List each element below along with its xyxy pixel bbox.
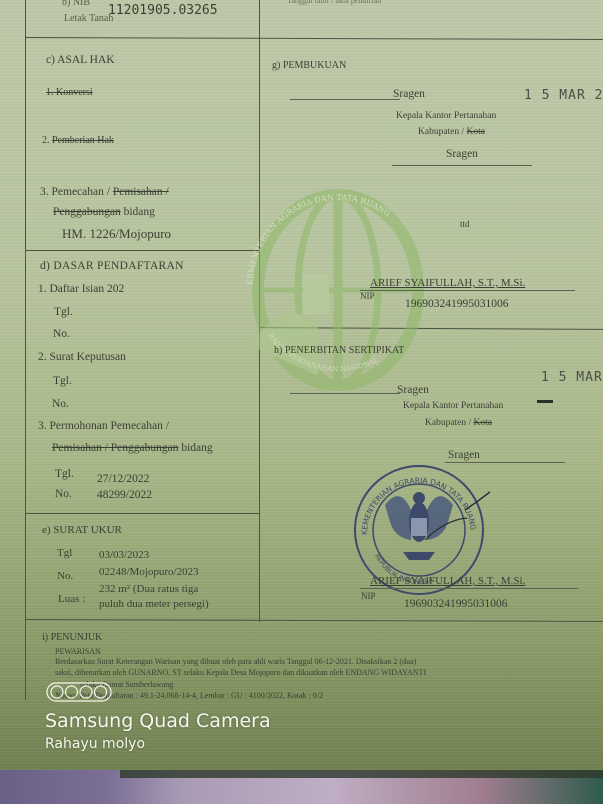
- penerbitan-sertipikat-title: h) PENERBITAN SERTIPIKAT: [274, 345, 404, 356]
- permohonan-no-label: No.: [55, 488, 72, 500]
- penerbitan-city: Sragen: [397, 384, 429, 396]
- pemisahan-penggabungan-struck: Pemisahan / Penggabungan: [52, 442, 178, 454]
- pembukuan-sign-line: [360, 290, 575, 291]
- penerbitan-handwritten-mark: [537, 400, 553, 403]
- surat-ukur-no-value: 02248/Mojopuro/2023: [99, 566, 199, 578]
- pembukuan-official-name: ARIEF SYAIFULLAH, S.T., M.Si.: [370, 277, 525, 289]
- penggabungan-struck: Penggabungan: [53, 206, 121, 218]
- permohonan-pemisahan-line: Pemisahan / Penggabungan bidang: [52, 442, 213, 454]
- penerbitan-date-stamp: 1 5 MAR 2: [541, 370, 603, 385]
- daftar-isian-label: 1. Daftar Isian 202: [38, 283, 124, 295]
- pembukuan-office-line2: Kabupaten / Kota: [418, 127, 485, 137]
- divider-row-d: [25, 513, 260, 514]
- camera-user-label: Rahayu molyo: [45, 736, 145, 752]
- surat-keputusan-no-label: No.: [52, 398, 69, 410]
- surat-ukur-tgl-value: 03/03/2023: [99, 549, 149, 561]
- divider-left-column: [25, 0, 26, 700]
- pemisahan-struck: Pemisahan /: [113, 186, 169, 198]
- asal-hak-pemecahan: 3. Pemecahan / Pemisahan /: [40, 186, 169, 198]
- asal-hak-konversi: 1. Konversi: [46, 87, 93, 98]
- permohonan-pemecahan-label: 3. Permohonan Pemecahan /: [38, 420, 169, 432]
- kota-struck: Kota: [467, 127, 485, 137]
- pembukuan-ttd: ttd: [460, 219, 470, 229]
- pembukuan-date-stamp: 1 5 MAR 202: [524, 88, 603, 103]
- dasar-pendaftaran-title: d) DASAR PENDAFTARAN: [40, 260, 184, 272]
- asal-hak-hm-value: HM. 1226/Mojopuro: [62, 226, 171, 242]
- pembukuan-nip-label: NIP: [360, 291, 375, 301]
- pembukuan-office-line: [392, 165, 532, 166]
- bidang-label-d: bidang: [181, 442, 212, 454]
- letak-tanah-label: Letak Tanah: [64, 13, 113, 24]
- camera-device-label: Samsung Quad Camera: [45, 710, 271, 732]
- pembukuan-city: Sragen: [393, 88, 425, 100]
- pembukuan-nip-value: 196903241995031006: [405, 298, 509, 310]
- quad-camera-icon: [46, 682, 112, 702]
- bidang-label: bidang: [124, 206, 155, 218]
- penerbitan-office-line2: Kabupaten / Kota: [425, 418, 492, 428]
- surat-keputusan-tgl-label: Tgl.: [53, 375, 72, 387]
- nib-label: b) NIB: [62, 0, 90, 8]
- asal-hak-penggabungan: Penggabungan bidang: [53, 206, 155, 218]
- penunjuk-line2: saksi, dibenarkan oleh GUNARNO, ST selak…: [55, 668, 426, 677]
- penerbitan-sign-line: [360, 588, 578, 589]
- penunjuk-title: i) PENUNJUK: [42, 632, 102, 643]
- surat-ukur-luas-line2: puluh dua meter persegi): [99, 598, 209, 610]
- surat-ukur-tgl-label: Tgl: [57, 547, 72, 559]
- pembukuan-office-city: Sragen: [446, 148, 478, 160]
- pembukuan-office-line1: Kepala Kantor Pertanahan: [396, 111, 496, 121]
- penunjuk-line1: Berdasarkan Surat Keterangan Warisan yan…: [55, 657, 416, 666]
- penunjuk-subtitle: PEWARISAN: [55, 647, 101, 656]
- surat-ukur-luas-line1: 232 m² (Dua ratus tiga: [99, 583, 198, 595]
- top-right-faded-label: Tanggal lahir / akta pendirian: [287, 0, 381, 5]
- asal-hak-pemberian-hak: 2. Pemberian Hak: [42, 135, 114, 146]
- penerbitan-city-line: [290, 393, 400, 394]
- background-shadow: [120, 770, 603, 778]
- surat-keputusan-label: 2. Surat Keputusan: [38, 351, 126, 363]
- kabupaten-label-h: Kabupaten /: [425, 418, 471, 428]
- permohonan-tgl-label: Tgl.: [55, 468, 74, 480]
- surat-ukur-title: e) SURAT UKUR: [42, 524, 122, 536]
- pembukuan-city-line: [290, 99, 400, 100]
- daftar-isian-no-label: No.: [53, 328, 70, 340]
- divider-row-c: [25, 250, 260, 251]
- kabupaten-label: Kabupaten /: [418, 127, 464, 137]
- penerbitan-nip-label: NIP: [361, 591, 376, 601]
- asal-hak-title: c) ASAL HAK: [46, 54, 115, 66]
- nib-value: 11201905.03265: [108, 3, 218, 18]
- surat-ukur-no-label: No.: [57, 570, 73, 582]
- kota-struck-h: Kota: [474, 418, 492, 428]
- pemberian-hak-struck: Pemberian Hak: [52, 135, 114, 146]
- penerbitan-official-name: ARIEF SYAIFULLAH, S.T., M.Si.: [370, 575, 525, 587]
- surat-ukur-luas-label: Luas :: [58, 593, 85, 605]
- daftar-isian-tgl-label: Tgl.: [54, 306, 73, 318]
- permohonan-tgl-value: 27/12/2022: [97, 473, 149, 485]
- permohonan-no-value: 48299/2022: [97, 489, 152, 501]
- penerbitan-nip-value: 196903241995031006: [404, 598, 508, 610]
- penerbitan-office-line1: Kepala Kantor Pertanahan: [403, 401, 503, 411]
- pembukuan-title: g) PEMBUKUAN: [272, 60, 346, 71]
- pemecahan-label: 3. Pemecahan /: [40, 186, 110, 198]
